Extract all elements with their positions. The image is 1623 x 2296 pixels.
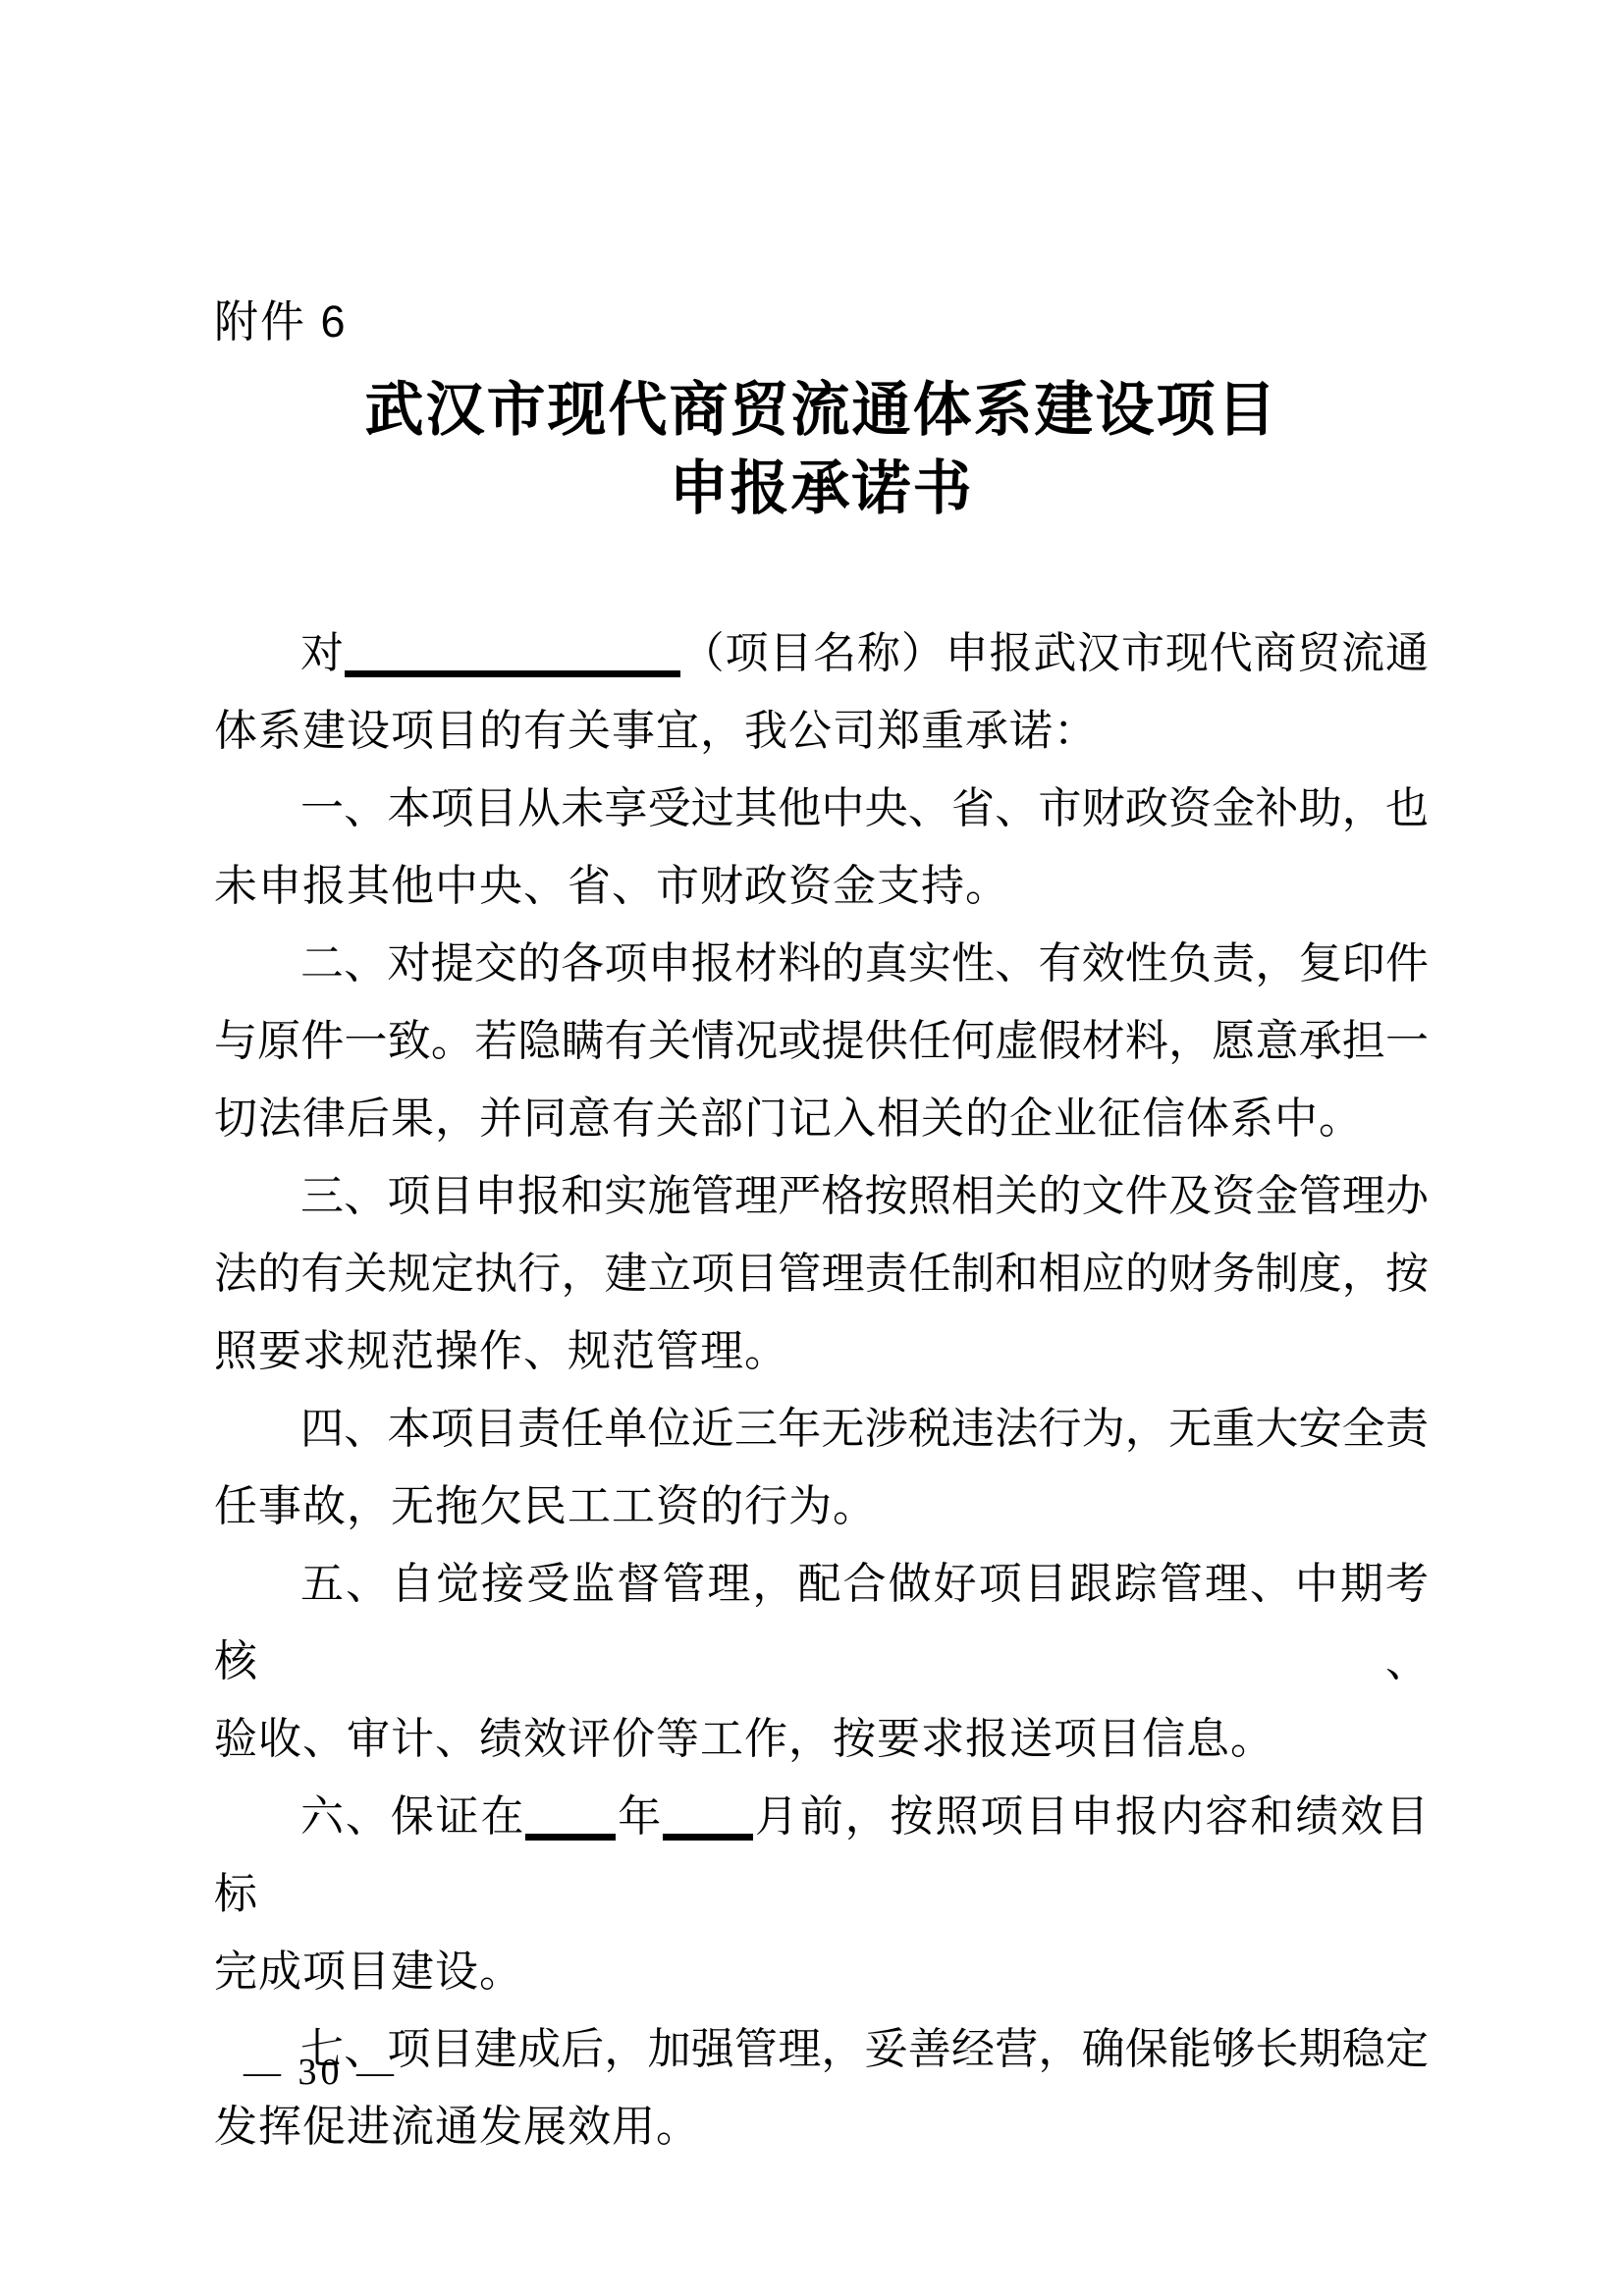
para-3-line-2: 与原件一致。若隐瞒有关情况或提供任何虚假材料，愿意承担一: [214, 1002, 1429, 1080]
text-segment: 一、本项目从未享受过其他中央、省、市财政资金补助，也: [300, 784, 1429, 832]
document-title: 武汉市现代商贸流通体系建设项目 申报承诺书: [214, 371, 1429, 528]
fill-in-blank: [525, 1794, 616, 1841]
para-2-line-2: 未申报其他中央、省、市财政资金支持。: [214, 847, 1429, 925]
para-3-line-3: 切法律后果，并同意有关部门记入相关的企业征信体系中。: [214, 1080, 1429, 1157]
para-5-line-1: 四、本项目责任单位近三年无涉税违法行为，无重大安全责: [214, 1390, 1429, 1468]
text-segment: （项目名称）申报武汉市现代商贸流通: [680, 629, 1429, 677]
para-5-line-2: 任事故，无拖欠民工工资的行为。: [214, 1468, 1429, 1545]
fill-in-blank: [663, 1794, 753, 1841]
text-segment: 三、项目申报和实施管理严格按照相关的文件及资金管理办: [300, 1172, 1429, 1220]
text-segment: 发挥促进流通发展效用。: [214, 2103, 700, 2151]
para-7-line-1: 六、保证在年月前，按照项目申报内容和绩效目标: [214, 1778, 1429, 1933]
fill-in-blank: [345, 631, 680, 677]
page-number: — 30 —: [243, 2050, 398, 2095]
text-segment: 五、自觉接受监督管理，配合做好项目跟踪管理、中期考核、: [214, 1560, 1429, 1685]
para-7-line-2: 完成项目建设。: [214, 1933, 1429, 2010]
text-segment: 四、本项目责任单位近三年无涉税违法行为，无重大安全责: [300, 1405, 1429, 1453]
document-title-line-1: 武汉市现代商贸流通体系建设项目: [214, 371, 1429, 450]
para-3-line-1: 二、对提交的各项申报材料的真实性、有效性负责，复印件: [214, 925, 1429, 1002]
text-segment: 年: [616, 1792, 663, 1841]
text-segment: 未申报其他中央、省、市财政资金支持。: [214, 862, 1009, 910]
text-segment: 完成项目建设。: [214, 1948, 523, 1996]
document-title-line-2: 申报承诺书: [214, 450, 1429, 528]
text-segment: 与原件一致。若隐瞒有关情况或提供任何虚假材料，愿意承担一: [214, 1017, 1429, 1065]
text-segment: 切法律后果，并同意有关部门记入相关的企业征信体系中。: [214, 1095, 1363, 1143]
text-segment: 体系建设项目的有关事宜，我公司郑重承诺：: [214, 707, 1098, 755]
para-4-line-3: 照要求规范操作、规范管理。: [214, 1312, 1429, 1390]
para-8-line-2: 发挥促进流通发展效用。: [214, 2088, 1429, 2165]
text-segment: 验收、审计、绩效评价等工作，按要求报送项目信息。: [214, 1715, 1274, 1763]
text-segment: 六、保证在: [300, 1792, 525, 1841]
para-4-line-1: 三、项目申报和实施管理严格按照相关的文件及资金管理办: [214, 1157, 1429, 1235]
para-2-line-1: 一、本项目从未享受过其他中央、省、市财政资金补助，也: [214, 770, 1429, 847]
attachment-label: 附件 6: [214, 296, 348, 347]
text-segment: 任事故，无拖欠民工工资的行为。: [214, 1482, 877, 1530]
para-6-line-1: 五、自觉接受监督管理，配合做好项目跟踪管理、中期考核、: [214, 1545, 1429, 1700]
text-segment: 七、项目建成后，加强管理，妥善经营，确保能够长期稳定: [300, 2025, 1429, 2073]
text-segment: 对: [300, 629, 345, 677]
text-segment: 照要求规范操作、规范管理。: [214, 1327, 788, 1375]
document-body: 对（项目名称）申报武汉市现代商贸流通体系建设项目的有关事宜，我公司郑重承诺：一、…: [214, 614, 1429, 2165]
para-6-line-2: 验收、审计、绩效评价等工作，按要求报送项目信息。: [214, 1700, 1429, 1778]
para-1-line-1: 对（项目名称）申报武汉市现代商贸流通: [214, 614, 1429, 692]
para-4-line-2: 法的有关规定执行，建立项目管理责任制和相应的财务制度，按: [214, 1235, 1429, 1312]
document-page: 附件 6 武汉市现代商贸流通体系建设项目 申报承诺书 对（项目名称）申报武汉市现…: [0, 0, 1623, 2296]
para-1-line-2: 体系建设项目的有关事宜，我公司郑重承诺：: [214, 692, 1429, 770]
text-segment: 法的有关规定执行，建立项目管理责任制和相应的财务制度，按: [214, 1250, 1429, 1298]
text-segment: 二、对提交的各项申报材料的真实性、有效性负责，复印件: [300, 939, 1429, 988]
